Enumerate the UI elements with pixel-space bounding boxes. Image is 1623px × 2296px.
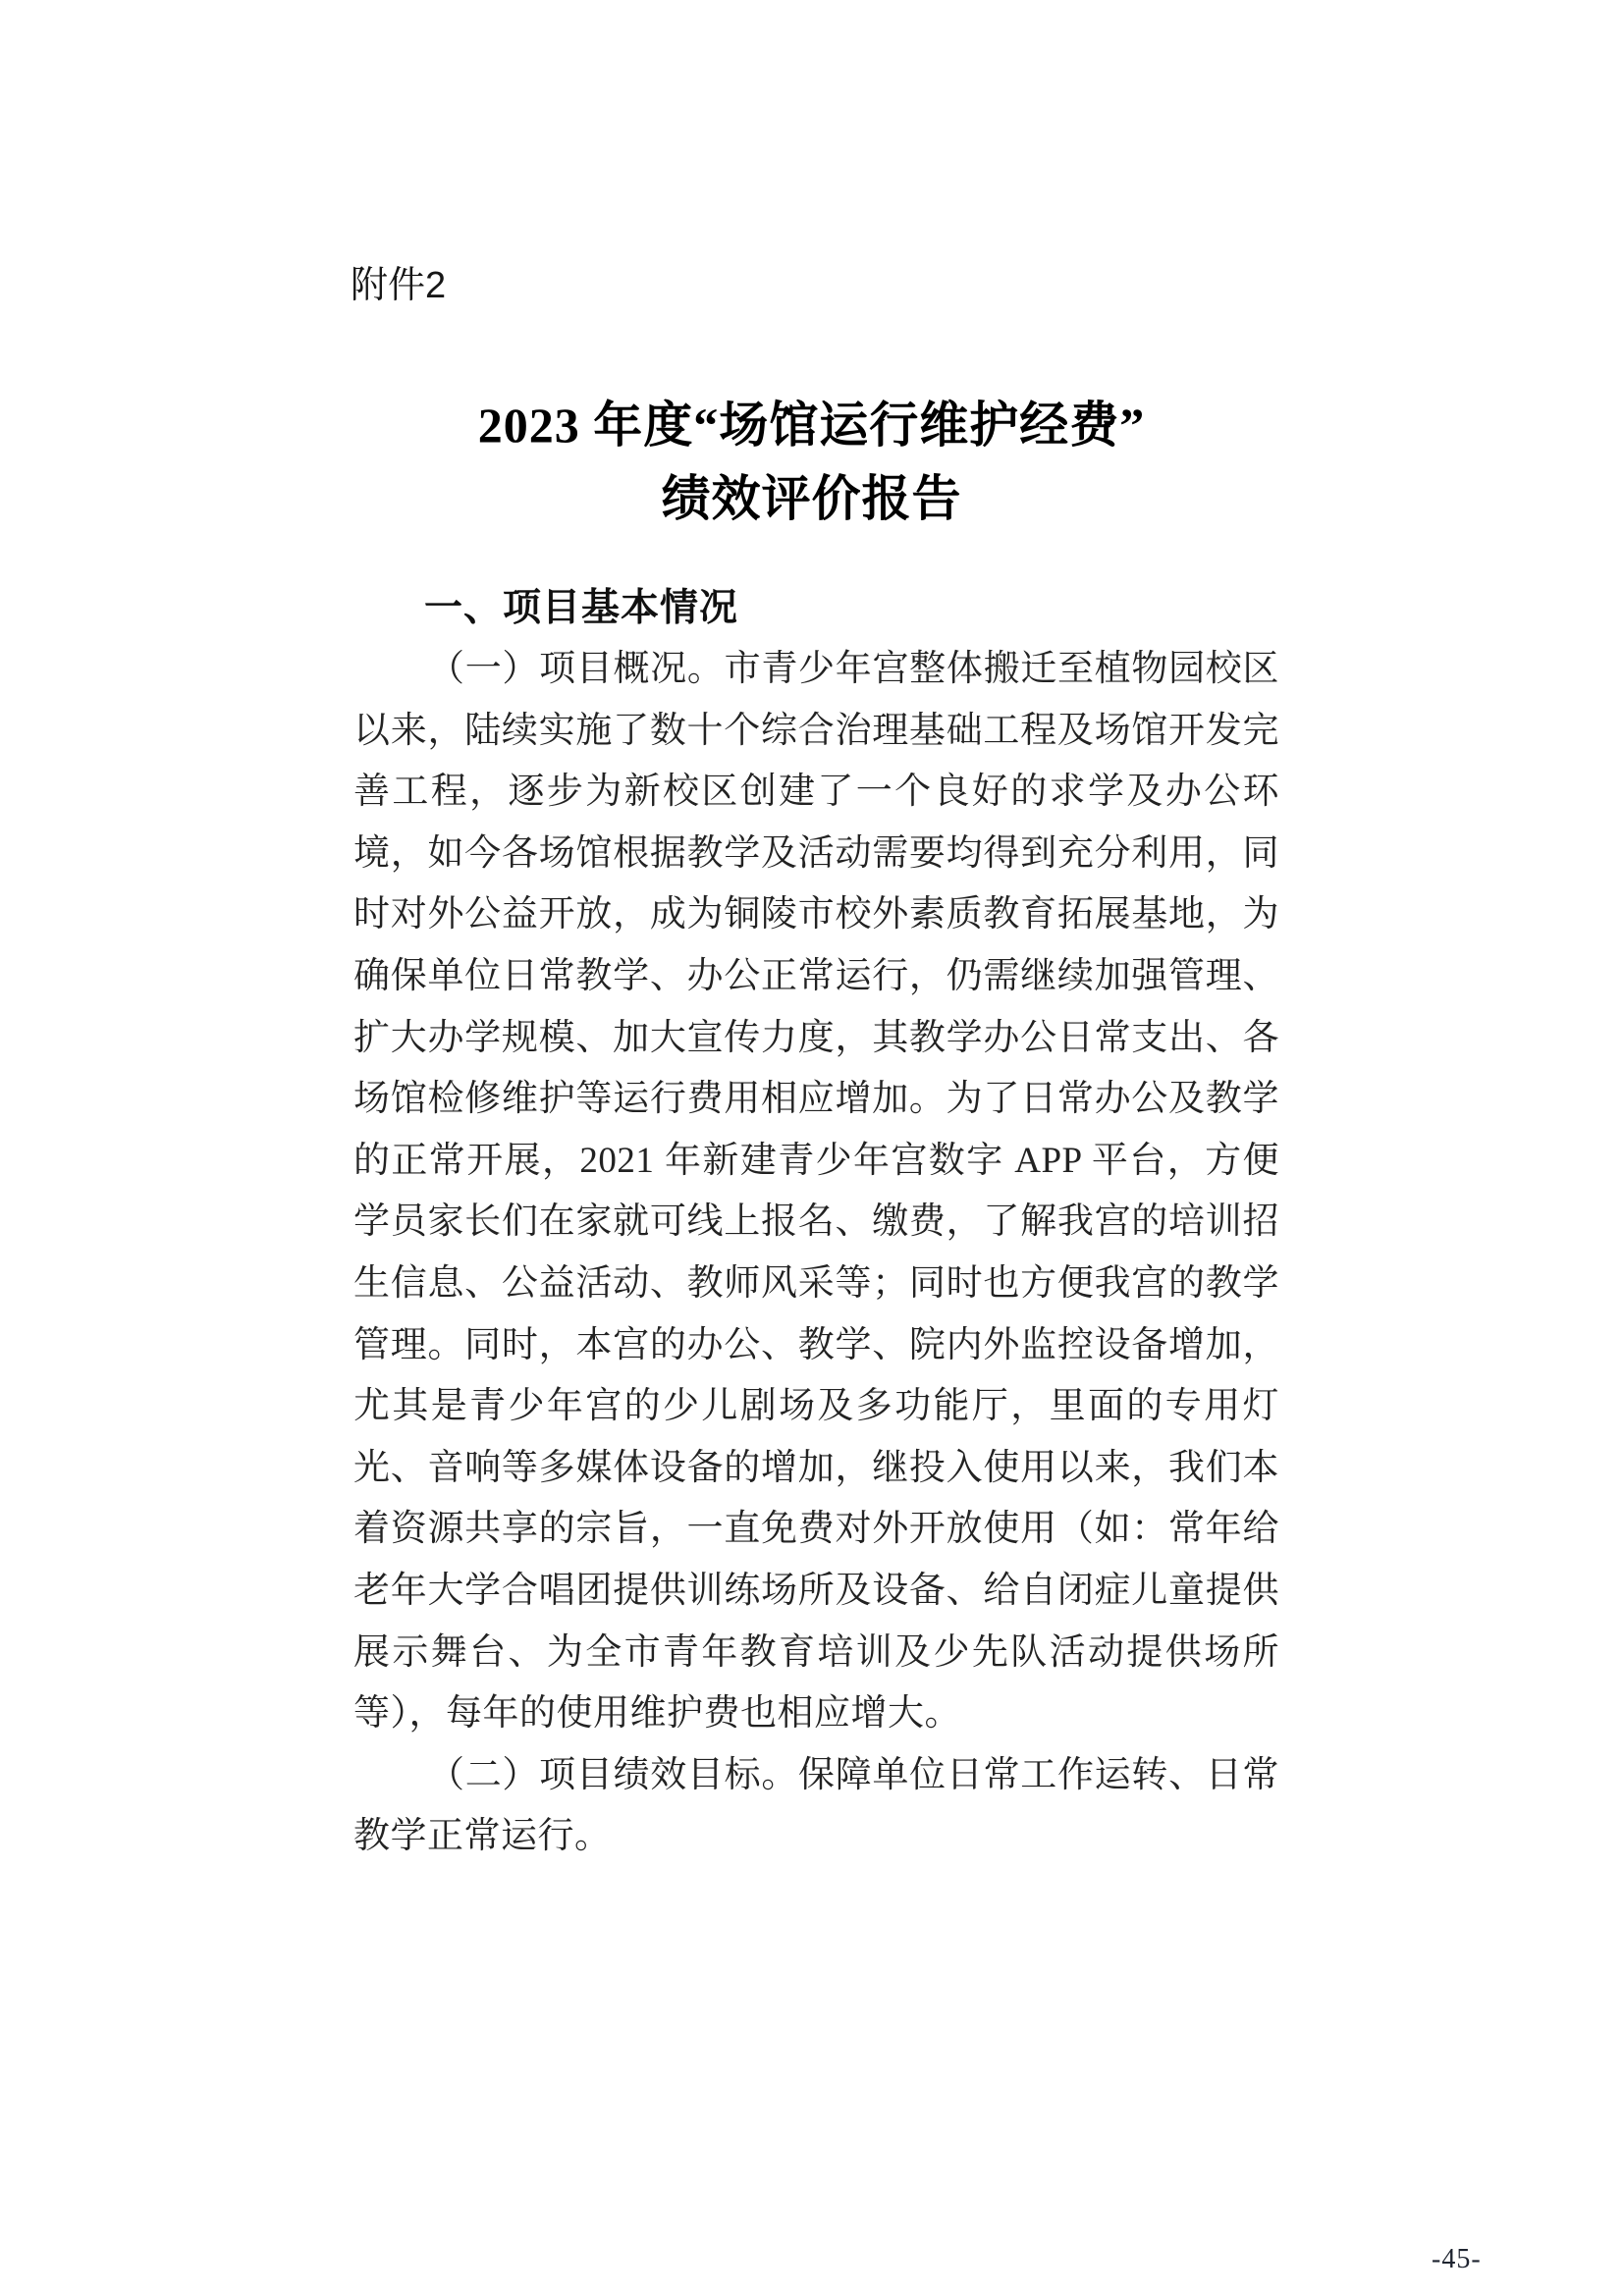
section-heading: 一、项目基本情况 bbox=[424, 587, 738, 630]
document-title: 2023 年度“场馆运行维护经费” 绩效评价报告 bbox=[0, 389, 1623, 536]
paragraph-project-overview: （一）项目概况。市青少年宫整体搬迁至植物园校区以来，陆续实施了数十个综合治理基础… bbox=[353, 639, 1279, 1745]
document-page: 附件2 2023 年度“场馆运行维护经费” 绩效评价报告 一、项目基本情况 （一… bbox=[0, 0, 1623, 2296]
attachment-label: 附件2 bbox=[351, 265, 446, 306]
title-line-1: 2023 年度“场馆运行维护经费” bbox=[0, 389, 1623, 462]
title-line-2: 绩效评价报告 bbox=[0, 462, 1623, 536]
page-number: -45- bbox=[1432, 2244, 1482, 2275]
document-body: （一）项目概况。市青少年宫整体搬迁至植物园校区以来，陆续实施了数十个综合治理基础… bbox=[353, 639, 1279, 1868]
paragraph-performance-goal: （二）项目绩效目标。保障单位日常工作运转、日常教学正常运行。 bbox=[353, 1745, 1279, 1868]
